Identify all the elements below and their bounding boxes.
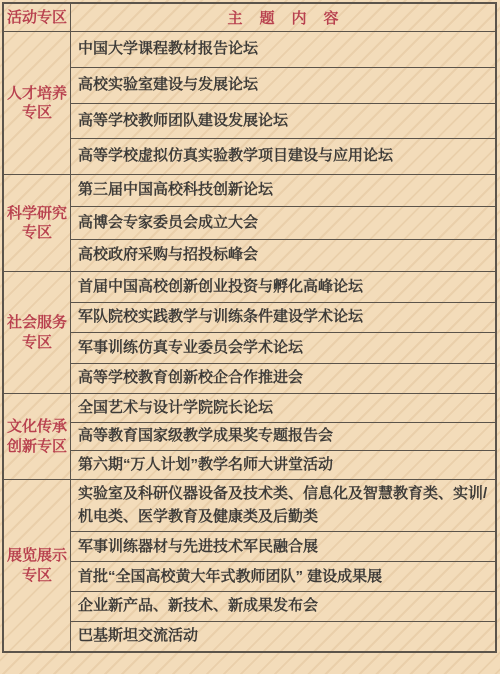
zone-label: 科学研究专区 bbox=[4, 175, 71, 271]
topic-cell: 高等教育国家级教学成果奖专题报告会 bbox=[71, 422, 495, 451]
topic-cell: 高校政府采购与招投标峰会 bbox=[71, 239, 495, 271]
header-content-column: 主题内容 bbox=[71, 4, 495, 31]
zone-label: 展览展示专区 bbox=[4, 480, 71, 651]
zone-label: 社会服务专区 bbox=[4, 272, 71, 393]
topic-cell: 巴基斯坦交流活动 bbox=[71, 621, 495, 651]
topic-cell: 企业新产品、新技术、新成果发布会 bbox=[71, 591, 495, 621]
table-body: 人才培养专区中国大学课程教材报告论坛高校实验室建设与发展论坛高等学校教师团队建设… bbox=[4, 32, 495, 651]
zone-group: 展览展示专区实验室及科研仪器设备及技术类、信息化及智慧教育类、实训/机电类、医学… bbox=[4, 480, 495, 651]
topic-cell: 高博会专家委员会成立大会 bbox=[71, 206, 495, 238]
topic-cell: 首批“全国高校黄大年式教师团队” 建设成果展 bbox=[71, 561, 495, 591]
topic-cell: 第三届中国高校科技创新论坛 bbox=[71, 175, 495, 206]
zone-group: 人才培养专区中国大学课程教材报告论坛高校实验室建设与发展论坛高等学校教师团队建设… bbox=[4, 32, 495, 175]
zone-label: 人才培养专区 bbox=[4, 32, 71, 174]
header-zone-column: 活动专区 bbox=[4, 4, 71, 31]
topic-cell: 中国大学课程教材报告论坛 bbox=[71, 32, 495, 67]
topic-cell: 高等学校教育创新校企合作推进会 bbox=[71, 363, 495, 394]
topic-cell: 军事训练仿真专业委员会学术论坛 bbox=[71, 332, 495, 363]
topic-cell: 军队院校实践教学与训练条件建设学术论坛 bbox=[71, 302, 495, 333]
agenda-table: 活动专区 主题内容 人才培养专区中国大学课程教材报告论坛高校实验室建设与发展论坛… bbox=[2, 2, 497, 653]
zone-group: 社会服务专区首届中国高校创新创业投资与孵化高峰论坛军队院校实践教学与训练条件建设… bbox=[4, 272, 495, 394]
zone-group: 科学研究专区第三届中国高校科技创新论坛高博会专家委员会成立大会高校政府采购与招投… bbox=[4, 175, 495, 272]
topic-cell: 高等学校教师团队建设发展论坛 bbox=[71, 103, 495, 139]
table-header-row: 活动专区 主题内容 bbox=[4, 4, 495, 32]
topic-cell: 高校实验室建设与发展论坛 bbox=[71, 67, 495, 103]
topic-cell: 全国艺术与设计学院院长论坛 bbox=[71, 394, 495, 422]
page-background: 活动专区 主题内容 人才培养专区中国大学课程教材报告论坛高校实验室建设与发展论坛… bbox=[0, 0, 500, 674]
topic-cell: 首届中国高校创新创业投资与孵化高峰论坛 bbox=[71, 272, 495, 302]
topic-cell: 军事训练器材与先进技术军民融合展 bbox=[71, 531, 495, 561]
zone-items: 中国大学课程教材报告论坛高校实验室建设与发展论坛高等学校教师团队建设发展论坛高等… bbox=[71, 32, 495, 174]
zone-items: 首届中国高校创新创业投资与孵化高峰论坛军队院校实践教学与训练条件建设学术论坛军事… bbox=[71, 272, 495, 393]
zone-items: 第三届中国高校科技创新论坛高博会专家委员会成立大会高校政府采购与招投标峰会 bbox=[71, 175, 495, 271]
topic-cell: 高等学校虚拟仿真实验教学项目建设与应用论坛 bbox=[71, 138, 495, 174]
zone-group: 文化传承创新专区全国艺术与设计学院院长论坛高等教育国家级教学成果奖专题报告会第六… bbox=[4, 394, 495, 480]
zone-items: 实验室及科研仪器设备及技术类、信息化及智慧教育类、实训/机电类、医学教育及健康类… bbox=[71, 480, 495, 651]
zone-items: 全国艺术与设计学院院长论坛高等教育国家级教学成果奖专题报告会第六期“万人计划”教… bbox=[71, 394, 495, 479]
topic-cell: 实验室及科研仪器设备及技术类、信息化及智慧教育类、实训/机电类、医学教育及健康类… bbox=[71, 480, 495, 531]
topic-cell: 第六期“万人计划”教学名师大讲堂活动 bbox=[71, 450, 495, 479]
zone-label: 文化传承创新专区 bbox=[4, 394, 71, 479]
